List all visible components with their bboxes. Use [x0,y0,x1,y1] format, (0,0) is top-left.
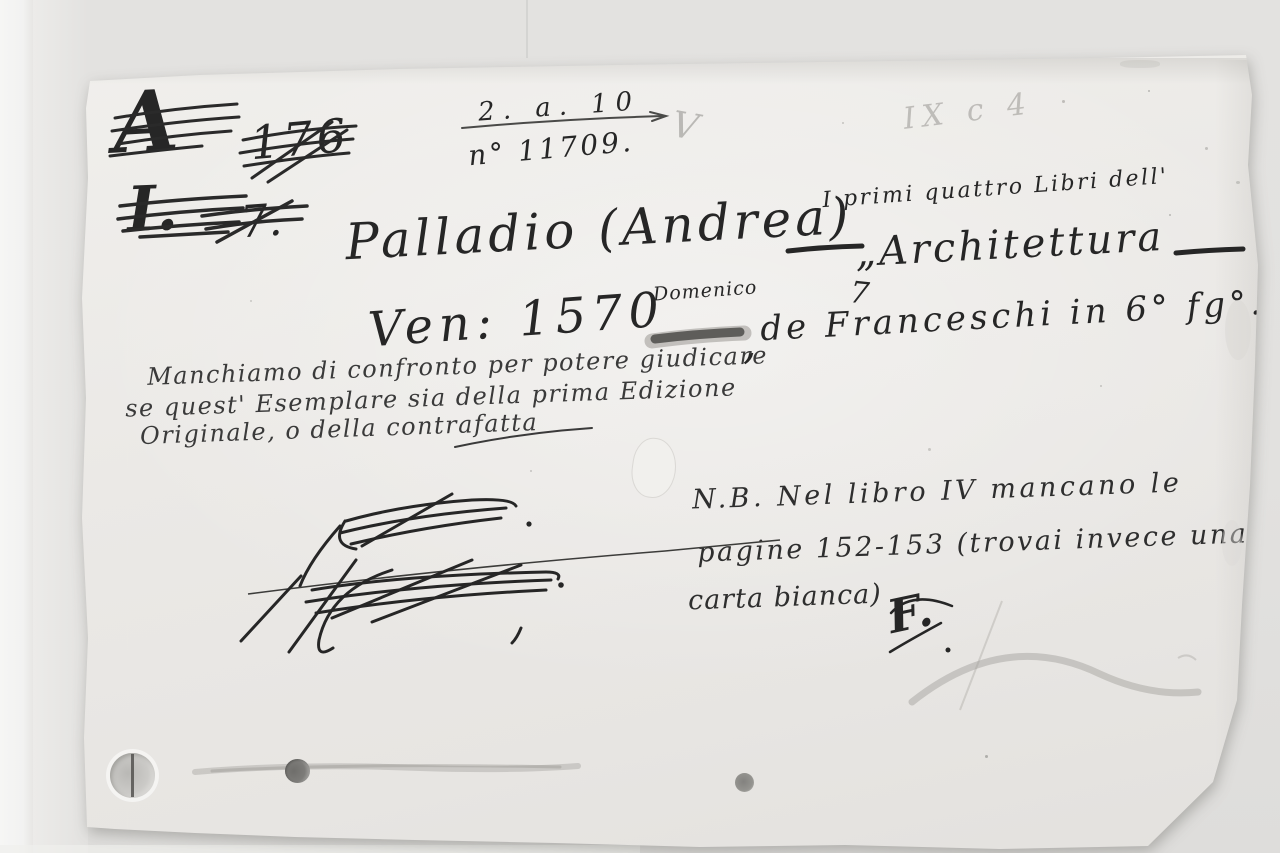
scribble-block-1 [300,494,532,586]
crossed-letter-top: A [110,70,180,172]
imprint-publisher: de Franceschi in 6° fg°. [759,283,1266,349]
paper-speck [1062,100,1065,103]
paper-speck [928,448,931,451]
nb-note-line-3: carta bianca) [688,579,883,617]
paper-speck [1100,385,1102,387]
pencil-smudge-line [195,766,578,772]
pencil-checkmark: V [669,104,702,149]
inventory-number: n° 11709. [467,125,635,172]
nb-note-line-2: pagine 152-153 (trovai invece una [697,518,1249,568]
paper-speck [1169,214,1171,216]
shelfmark: 2. a. 10 [477,86,641,127]
punch-hole-left-thread [131,754,134,797]
paper-smudge [1120,60,1160,68]
paper-speck [985,755,988,758]
paper-speck [1148,90,1150,92]
paper-speck [530,470,532,472]
scanned-catalog-card-page: A 176 I. 7. 2. a. 10 n° 11709. V IX c 4 … [0,0,1280,853]
card-top-edge-shading [86,58,1251,84]
pencil-classmark: IX c 4 [901,86,1034,137]
paper-speck [1236,181,1240,184]
crossed-number-top: 176 [248,108,352,170]
writer-initial: F. [883,582,937,644]
paper-speck [250,300,252,302]
card-shadow-wrapper: A 176 I. 7. 2. a. 10 n° 11709. V IX c 4 … [0,0,1280,853]
series-note: I primi quattro Libri dell' [822,164,1170,213]
pencil-arc [912,601,1198,710]
edge-stain [1222,520,1242,566]
paper-speck [842,122,844,124]
paper-damage-spot [628,435,680,501]
inserted-first-name: Domenico [652,276,758,305]
crossed-letter-bottom: I. [126,171,179,246]
catalog-card: A 176 I. 7. 2. a. 10 n° 11709. V IX c 4 … [0,0,1280,853]
nb-note-line-1: N.B. Nel libro IV mancano le [692,467,1183,515]
crossed-number-bottom: 7. [238,195,283,249]
punch-hole-middle [285,759,310,783]
work-title: „Architettura [854,214,1165,276]
author-name: Palladio (Andrea) [344,187,854,271]
edge-stain [1225,300,1251,360]
paper-speck [1205,147,1208,150]
card-right-edge-shading [1215,60,1260,820]
scribble-block-2 [241,560,564,652]
punch-hole-right [735,773,754,792]
